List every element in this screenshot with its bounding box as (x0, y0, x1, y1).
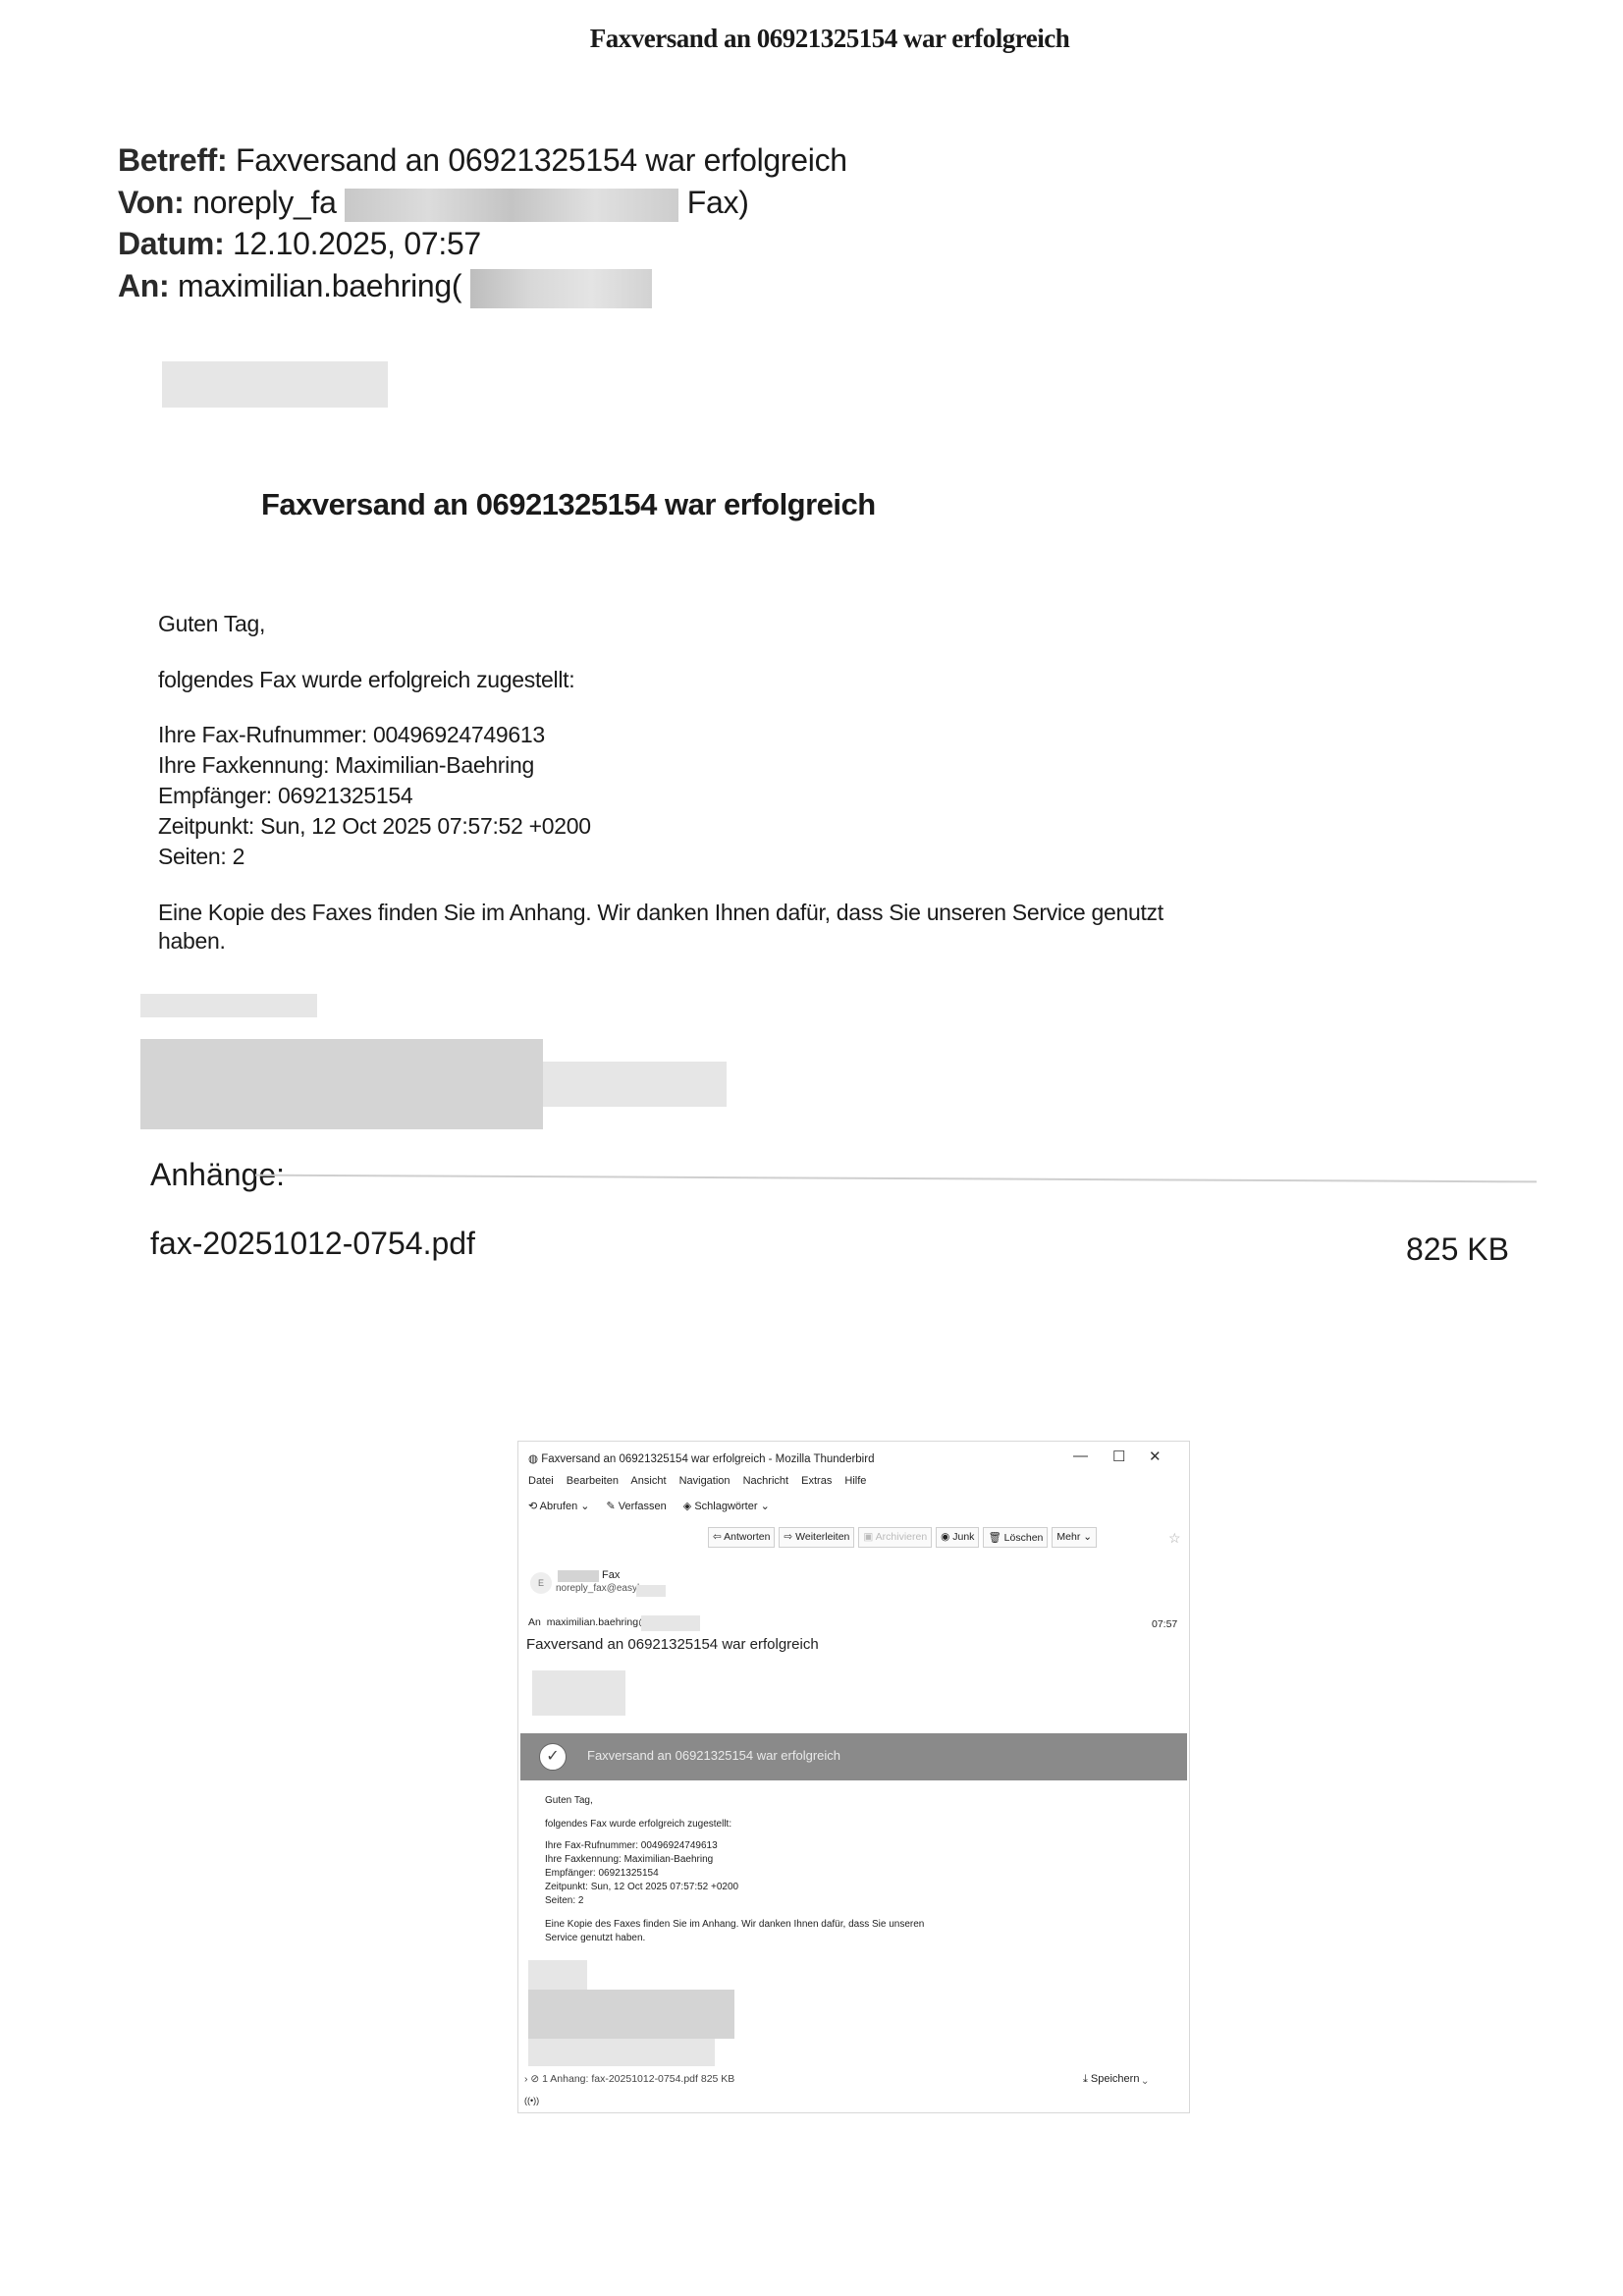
tags-button[interactable]: ◈ Schlagwörter ⌄ (683, 1501, 770, 1512)
detail-fax-number: Ihre Fax-Rufnummer: 00496924749613 (545, 1840, 718, 1851)
reply-button[interactable]: ⇦ Antworten (708, 1527, 775, 1548)
detail-fax-number: Ihre Fax-Rufnummer: 00496924749613 (158, 722, 545, 748)
attachment-bar[interactable]: › ⊘ 1 Anhang: fax-20251012-0754.pdf 825 … (524, 2073, 734, 2085)
minimize-button[interactable]: — (1073, 1448, 1088, 1464)
redacted-logo (162, 361, 388, 408)
redacted-signature (528, 2039, 715, 2066)
from-value-suffix: Fax) (687, 185, 749, 220)
redacted-recipient (641, 1615, 700, 1631)
menu-nachricht[interactable]: Nachricht (743, 1475, 788, 1487)
menu-datei[interactable]: Datei (528, 1475, 554, 1487)
mail-heading: Faxversand an 06921325154 war erfolgreic… (261, 487, 876, 522)
greeting: Guten Tag, (158, 611, 265, 637)
redacted-signature (528, 1990, 734, 2039)
closing-line-1: Eine Kopie des Faxes finden Sie im Anhan… (545, 1919, 924, 1930)
sender-avatar: E (530, 1572, 552, 1594)
from-label: Von: (118, 185, 185, 220)
close-button[interactable]: ✕ (1149, 1448, 1162, 1465)
redacted-sender (636, 1585, 666, 1597)
to-value[interactable]: maximilian.baehring@ (547, 1616, 649, 1628)
detail-fax-id: Ihre Faxkennung: Maximilian-Baehring (158, 752, 534, 779)
from-header: Von: noreply_fa Fax) (118, 185, 749, 222)
save-button[interactable]: ⤓ Speichern ⌄ (1083, 2073, 1148, 2086)
checkmark-icon: ✓ (539, 1743, 567, 1771)
detail-pages: Seiten: 2 (545, 1895, 583, 1906)
forward-button[interactable]: ⇨ Weiterleiten (779, 1527, 854, 1548)
attachments-divider (255, 1175, 1537, 1183)
more-button[interactable]: Mehr ⌄ (1052, 1527, 1097, 1548)
to-label: An: (118, 268, 169, 303)
redacted-block (470, 269, 652, 308)
thunderbird-window: ◍ Faxversand an 06921325154 war erfolgre… (517, 1441, 1190, 2113)
intro-text: folgendes Fax wurde erfolgreich zugestel… (158, 667, 574, 693)
activity-icon: ((•)) (524, 2096, 539, 2105)
subject-header: Betreff: Faxversand an 06921325154 war e… (118, 142, 847, 179)
redacted-signature (140, 1039, 543, 1129)
compose-button[interactable]: ✎ Verfassen (607, 1501, 667, 1512)
sender-name[interactable]: Fax (602, 1569, 620, 1581)
redacted-signature (543, 1062, 727, 1107)
detail-recipient: Empfänger: 06921325154 (545, 1868, 659, 1879)
subject-label: Betreff: (118, 142, 227, 178)
menu-bar: Datei Bearbeiten Ansicht Navigation Nach… (528, 1475, 876, 1487)
redacted-logo (532, 1670, 625, 1716)
intro-text: folgendes Fax wurde erfolgreich zugestel… (545, 1819, 731, 1830)
banner-text: Faxversand an 06921325154 war erfolgreic… (587, 1748, 840, 1763)
menu-hilfe[interactable]: Hilfe (844, 1475, 866, 1487)
redacted-sender (558, 1570, 599, 1582)
menu-ansicht[interactable]: Ansicht (630, 1475, 666, 1487)
to-header: An: maximilian.baehring( (118, 268, 652, 308)
success-banner: ✓ Faxversand an 06921325154 war erfolgre… (520, 1733, 1187, 1780)
detail-fax-id: Ihre Faxkennung: Maximilian-Baehring (545, 1854, 713, 1865)
detail-pages: Seiten: 2 (158, 844, 244, 870)
redacted-signature (140, 994, 317, 1017)
detail-timestamp: Zeitpunkt: Sun, 12 Oct 2025 07:57:52 +02… (158, 813, 591, 840)
to-label: An (528, 1616, 541, 1628)
main-toolbar: ⟲ Abrufen ⌄ ✎ Verfassen ◈ Schlagwörter ⌄ (528, 1500, 784, 1512)
closing-line-2: haben. (158, 928, 226, 955)
print-title: Faxversand an 06921325154 war erfolgreic… (0, 24, 1623, 54)
message-actions: ⇦ Antworten ⇨ Weiterleiten ▣ Archivieren… (708, 1527, 1097, 1548)
greeting: Guten Tag, (545, 1795, 593, 1806)
maximize-button[interactable]: ☐ (1112, 1448, 1125, 1465)
to-value: maximilian.baehring( (178, 268, 461, 303)
menu-extras[interactable]: Extras (801, 1475, 832, 1487)
attachment-file-name[interactable]: fax-20251012-0754.pdf (150, 1226, 475, 1262)
menu-bearbeiten[interactable]: Bearbeiten (567, 1475, 619, 1487)
get-messages-button[interactable]: ⟲ Abrufen ⌄ (528, 1501, 589, 1512)
redacted-signature (528, 1960, 587, 1990)
message-subject: Faxversand an 06921325154 war erfolgreic… (526, 1636, 819, 1653)
archive-button[interactable]: ▣ Archivieren (858, 1527, 932, 1548)
from-value-prefix: noreply_fa (192, 185, 336, 220)
sender-email[interactable]: noreply_fax@easyb (556, 1583, 643, 1594)
date-label: Datum: (118, 226, 224, 261)
closing-line-1: Eine Kopie des Faxes finden Sie im Anhan… (158, 900, 1163, 926)
star-icon[interactable]: ☆ (1168, 1530, 1181, 1547)
date-header: Datum: 12.10.2025, 07:57 (118, 226, 481, 262)
thunderbird-logo-icon: ◍ (528, 1453, 541, 1465)
redacted-block (345, 189, 678, 222)
window-title: ◍ Faxversand an 06921325154 war erfolgre… (528, 1451, 874, 1465)
subject-value: Faxversand an 06921325154 war erfolgreic… (236, 142, 847, 178)
message-time: 07:57 (1152, 1618, 1177, 1630)
attachment-file-size: 825 KB (1406, 1231, 1509, 1268)
recipient-line: An maximilian.baehring@ (528, 1616, 649, 1628)
junk-button[interactable]: ◉ Junk (936, 1527, 979, 1548)
delete-button[interactable]: 🗑 Löschen (983, 1527, 1048, 1548)
menu-navigation[interactable]: Navigation (679, 1475, 730, 1487)
closing-line-2: Service genutzt haben. (545, 1933, 645, 1943)
detail-timestamp: Zeitpunkt: Sun, 12 Oct 2025 07:57:52 +02… (545, 1882, 738, 1892)
detail-recipient: Empfänger: 06921325154 (158, 783, 412, 809)
date-value: 12.10.2025, 07:57 (233, 226, 481, 261)
